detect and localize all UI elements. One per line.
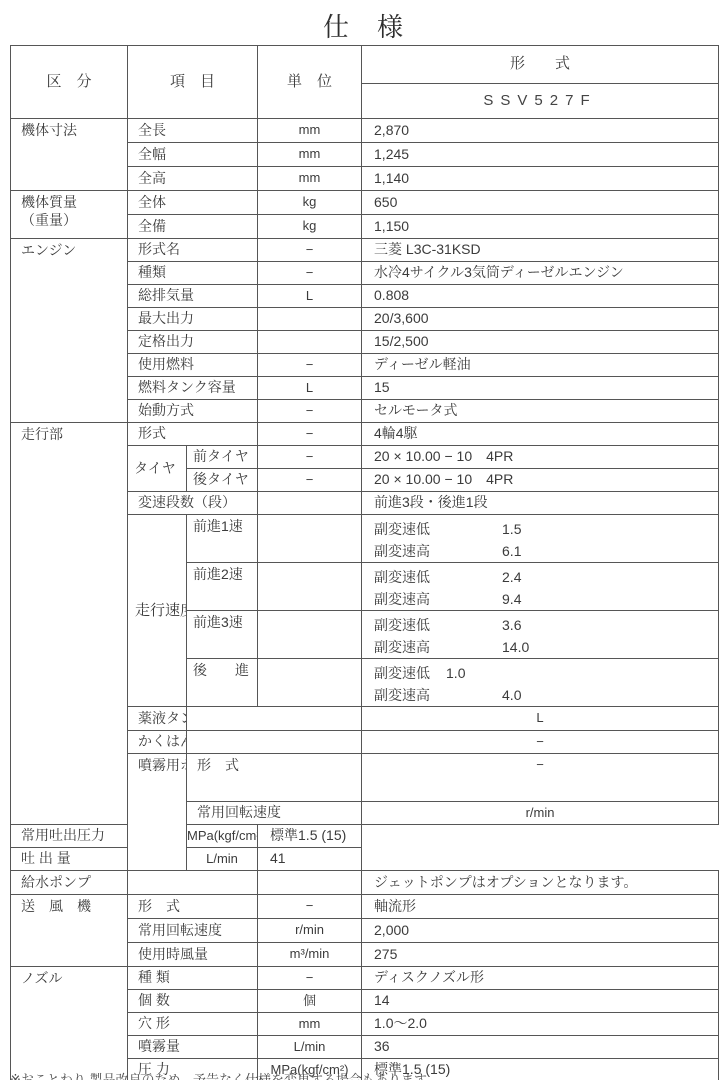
table-row: 吐 出 量 L/min 41: [11, 848, 719, 871]
value-cell: 0.808: [362, 285, 719, 308]
unit-cell: −: [258, 262, 362, 285]
subgear-low-label: 副変速低: [374, 518, 502, 540]
unit-cell: MPa(kgf/cm²): [187, 825, 258, 848]
value-cell: 1,140: [362, 167, 719, 191]
item-cell: 形式名: [128, 239, 258, 262]
value-cell: 水冷4サイクル3気筒ディーゼルエンジン: [362, 262, 719, 285]
value-cell: 36: [362, 1036, 719, 1059]
unit-cell: [258, 492, 362, 515]
category-cell: 給水ポンプ: [11, 871, 128, 895]
subgear-high-value: 9.4: [502, 591, 521, 607]
unit-cell: −: [362, 754, 719, 802]
value-cell: 14: [362, 990, 719, 1013]
table-row: ノズル 種 類 − ディスクノズル形: [11, 967, 719, 990]
table-row: 機体質量 （重量） 全体 kg 650: [11, 191, 719, 215]
value-cell: 2,870: [362, 119, 719, 143]
unit-cell: L/min: [187, 848, 258, 871]
unit-cell: [258, 563, 362, 611]
item-cell: 前進2速: [187, 563, 258, 611]
unit-cell: −: [258, 400, 362, 423]
value-cell: セルモータ式: [362, 400, 719, 423]
header-category: 区 分: [11, 46, 128, 119]
value-cell: 275: [362, 943, 719, 967]
subgear-high-value: 6.1: [502, 543, 521, 559]
speed-group-label: 走行速度: [128, 515, 187, 707]
unit-cell: −: [258, 354, 362, 377]
value-cell: 1,150: [362, 215, 719, 239]
value-cell: ジェットポンプはオプションとなります。: [362, 871, 719, 895]
item-cell: 種 類: [128, 967, 258, 990]
unit-cell: [258, 331, 362, 354]
item-cell: 前タイヤ: [187, 446, 258, 469]
value-cell: 軸流形: [362, 895, 719, 919]
subgear-high-label: 副変速高: [374, 636, 502, 658]
table-row: 機体寸法 全長 mm 2,870: [11, 119, 719, 143]
category-cell: 走行部: [11, 423, 128, 825]
item-cell: 穴 形: [128, 1013, 258, 1036]
category-cell: 薬液タンク容量: [128, 707, 187, 731]
value-cell: ディスクノズル形: [362, 967, 719, 990]
unit-cell: [258, 611, 362, 659]
unit-cell: −: [258, 446, 362, 469]
item-cell: 燃料タンク容量: [128, 377, 258, 400]
table-row: 送 風 機 形 式 − 軸流形: [11, 895, 719, 919]
unit-cell: m³/min: [258, 943, 362, 967]
value-cell: 標準1.5 (15): [258, 825, 362, 848]
item-cell: 形式: [128, 423, 258, 446]
header-item: 項 目: [128, 46, 258, 119]
subgear-low-value: 1.0: [446, 665, 465, 681]
category-cell: 機体寸法: [11, 119, 128, 191]
item-cell: 常用吐出圧力: [11, 825, 187, 848]
value-cell: 15/2,500: [362, 331, 719, 354]
value-cell: 2,000: [362, 919, 719, 943]
category-cell: 機体質量 （重量）: [11, 191, 128, 239]
value-cell: 副変速低3.6 副変速高14.0: [362, 611, 719, 659]
subgear-high-value: 14.0: [502, 639, 529, 655]
item-cell: 常用回転速度: [128, 919, 258, 943]
value-cell: 20 × 10.00 − 10 4PR: [362, 469, 719, 492]
item-cell: 後 進: [187, 659, 258, 707]
unit-cell: 個: [258, 990, 362, 1013]
value-cell: 1.0～2.0: [362, 1013, 719, 1036]
item-cell: 最大出力: [128, 308, 258, 331]
footnote: ※おことわり 製品改良のため、予告なく仕様を変更する場合もあります。: [10, 1069, 727, 1080]
unit-cell: L: [258, 377, 362, 400]
item-cell: 全幅: [128, 143, 258, 167]
value-cell: 副変速低2.4 副変速高9.4: [362, 563, 719, 611]
item-cell: 全備: [128, 215, 258, 239]
model-code: SSV527F: [362, 84, 719, 119]
header-model-label: 形 式: [362, 46, 719, 84]
subgear-high-label: 副変速高: [374, 588, 502, 610]
subgear-low-value: 3.6: [502, 617, 521, 633]
category-cell: エンジン: [11, 239, 128, 423]
header-unit: 単 位: [258, 46, 362, 119]
unit-cell: mm: [258, 1013, 362, 1036]
value-cell: 副変速低1.5 副変速高6.1: [362, 515, 719, 563]
category-label: 機体質量: [21, 194, 125, 212]
item-cell: 後タイヤ: [187, 469, 258, 492]
value-cell: 20/3,600: [362, 308, 719, 331]
item-cell: 前進3速: [187, 611, 258, 659]
item-cell: 使用燃料: [128, 354, 258, 377]
unit-cell: L/min: [258, 1036, 362, 1059]
subgear-low-label: 副変速低: [374, 566, 502, 588]
item-cell: [187, 731, 362, 754]
table-row: 給水ポンプ ジェットポンプはオプションとなります。: [11, 871, 719, 895]
subgear-high-label: 副変速高: [374, 684, 502, 706]
item-cell: [187, 707, 362, 731]
unit-cell: [258, 515, 362, 563]
value-cell: 4輪4駆: [362, 423, 719, 446]
value-cell: 副変速低1.0 副変速高4.0: [362, 659, 719, 707]
unit-cell: −: [258, 423, 362, 446]
item-cell: 全長: [128, 119, 258, 143]
subgear-low-label: 副変速低: [374, 614, 502, 636]
item-cell: 個 数: [128, 990, 258, 1013]
item-cell: 変速段数（段）: [128, 492, 258, 515]
subgear-low-label: 副変速低: [374, 662, 446, 684]
unit-cell: mm: [258, 119, 362, 143]
category-cell: ノズル: [11, 967, 128, 1080]
item-cell: 始動方式: [128, 400, 258, 423]
speed-group-label-text: 走行速度: [135, 589, 152, 633]
value-cell: 15: [362, 377, 719, 400]
unit-cell: r/min: [362, 802, 719, 825]
value-cell: 1,245: [362, 143, 719, 167]
unit-cell: r/min: [258, 919, 362, 943]
category-label-line2: （重量）: [21, 212, 125, 230]
value-cell: ディーゼル軽油: [362, 354, 719, 377]
value-cell: 前進3段・後進1段: [362, 492, 719, 515]
item-cell: 使用時風量: [128, 943, 258, 967]
value-cell: 650: [362, 191, 719, 215]
item-cell: 定格出力: [128, 331, 258, 354]
unit-cell: −: [362, 731, 719, 754]
unit-cell: kg: [258, 191, 362, 215]
item-cell: 常用回転速度: [187, 802, 362, 825]
unit-cell: [258, 871, 362, 895]
tire-group-label: タイヤ: [128, 446, 187, 492]
unit-cell: L: [258, 285, 362, 308]
item-cell: 形 式: [187, 754, 362, 802]
table-row: 常用吐出圧力 MPa(kgf/cm²) 標準1.5 (15): [11, 825, 719, 848]
unit-cell: −: [258, 469, 362, 492]
table-header-row: 区 分 項 目 単 位 形 式: [11, 46, 719, 84]
category-cell: かくはん方式: [128, 731, 187, 754]
page-title: 仕 様: [0, 7, 727, 44]
unit-cell: [258, 308, 362, 331]
subgear-high-label: 副変速高: [374, 540, 502, 562]
unit-cell: mm: [258, 143, 362, 167]
unit-cell: kg: [258, 215, 362, 239]
unit-cell: −: [258, 239, 362, 262]
table-row: エンジン 形式名 − 三菱 L3C-31KSD: [11, 239, 719, 262]
spec-table: 区 分 項 目 単 位 形 式 SSV527F 機体寸法 全長 mm 2,870…: [10, 45, 719, 1080]
subgear-low-value: 2.4: [502, 569, 521, 585]
subgear-low-value: 1.5: [502, 521, 521, 537]
table-row: 走行部 形式 − 4輪4駆: [11, 423, 719, 446]
item-cell: 形 式: [128, 895, 258, 919]
value-cell: 20 × 10.00 − 10 4PR: [362, 446, 719, 469]
item-cell: 全体: [128, 191, 258, 215]
subgear-high-value: 4.0: [502, 687, 521, 703]
value-cell: 三菱 L3C-31KSD: [362, 239, 719, 262]
item-cell: 全高: [128, 167, 258, 191]
item-cell: 総排気量: [128, 285, 258, 308]
unit-cell: mm: [258, 167, 362, 191]
category-cell: 送 風 機: [11, 895, 128, 967]
unit-cell: −: [258, 895, 362, 919]
item-cell: 吐 出 量: [11, 848, 187, 871]
value-cell: 41: [258, 848, 362, 871]
item-cell: 前進1速: [187, 515, 258, 563]
unit-cell: [258, 659, 362, 707]
unit-cell: L: [362, 707, 719, 731]
unit-cell: −: [258, 967, 362, 990]
item-cell: 種類: [128, 262, 258, 285]
item-cell: [128, 871, 258, 895]
item-cell: 噴霧量: [128, 1036, 258, 1059]
